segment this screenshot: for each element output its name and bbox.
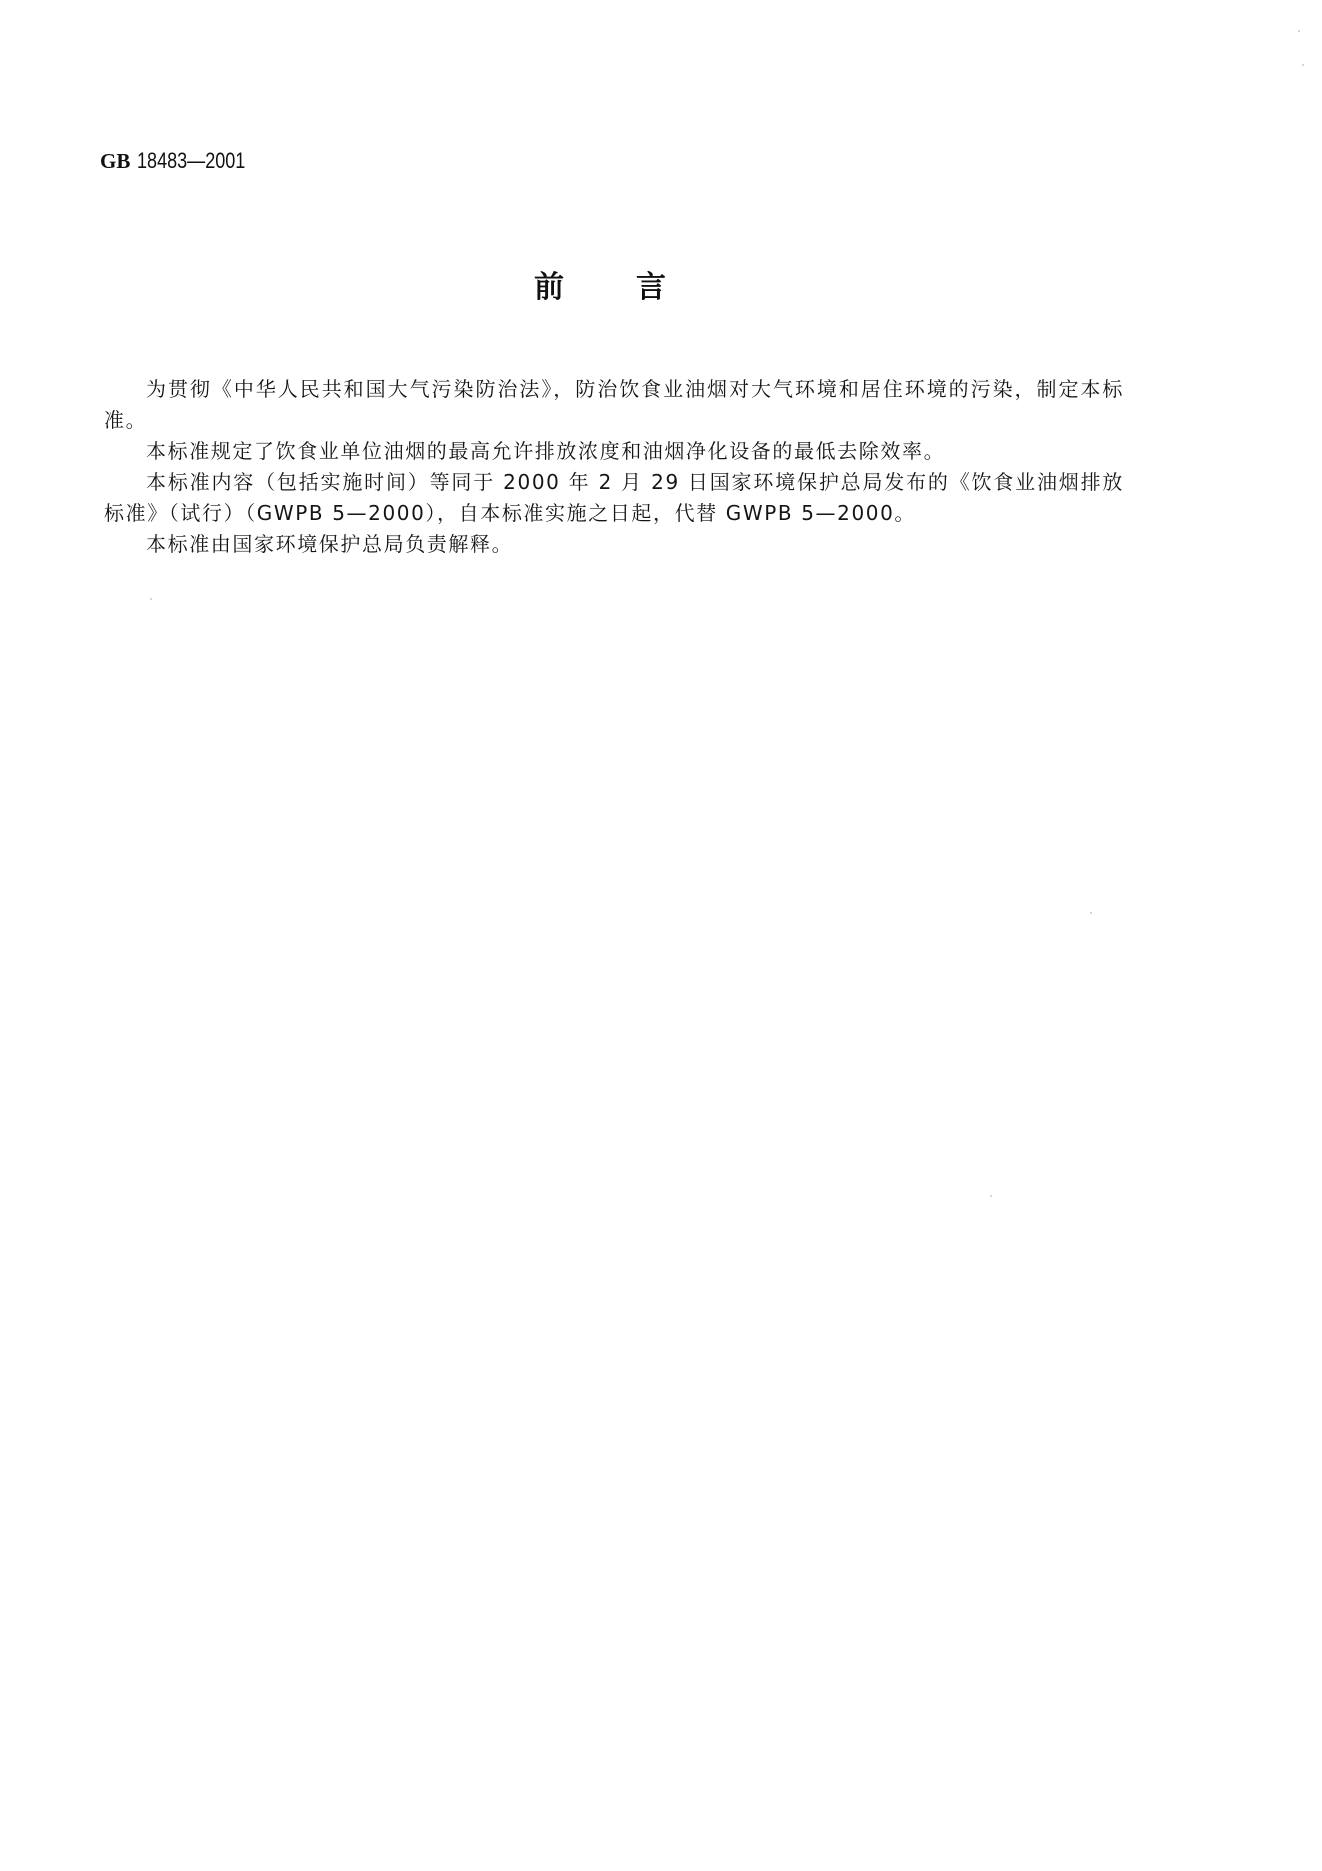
paragraph-equivalence: 本标准内容（包括实施时间）等同于 2000 年 2 月 29 日国家环境保护总局… — [104, 467, 1124, 529]
document-page: GB 18483—2001 前言 为贯彻《中华人民共和国大气污染防治法》，防治饮… — [0, 0, 1322, 1871]
page-title: 前言 — [0, 262, 1200, 306]
standard-prefix: GB — [100, 149, 130, 173]
scan-speck — [990, 1195, 992, 1197]
foreword-body: 为贯彻《中华人民共和国大气污染防治法》，防治饮食业油烟对大气环境和居住环境的污染… — [104, 374, 1124, 560]
scan-speck — [1302, 64, 1304, 66]
standard-code-header: GB 18483—2001 — [100, 148, 269, 174]
standard-number: 18483—2001 — [137, 148, 245, 174]
scan-speck — [150, 598, 152, 600]
title-char-1: 前 — [534, 262, 564, 306]
scan-speck — [1090, 912, 1092, 914]
paragraph-purpose: 为贯彻《中华人民共和国大气污染防治法》，防治饮食业油烟对大气环境和居住环境的污染… — [104, 374, 1124, 436]
scan-speck — [1298, 30, 1300, 32]
paragraph-scope: 本标准规定了饮食业单位油烟的最高允许排放浓度和油烟净化设备的最低去除效率。 — [104, 436, 1124, 467]
title-char-2: 言 — [636, 262, 666, 306]
paragraph-interpretation: 本标准由国家环境保护总局负责解释。 — [104, 529, 1124, 560]
